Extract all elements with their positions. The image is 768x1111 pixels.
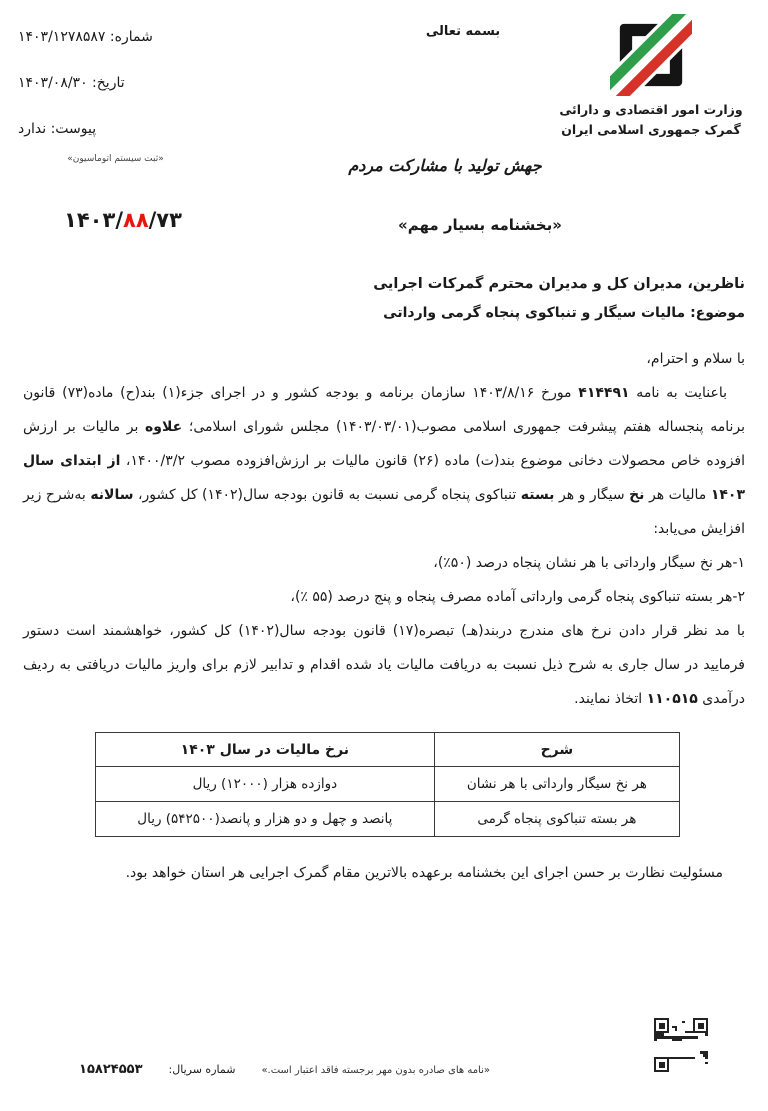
text-segment: ۱۴۰۳/ <box>64 208 123 232</box>
text-segment: باعنایت به نامه <box>630 385 727 401</box>
text-segment: بسته <box>521 487 555 503</box>
footer-validity-note: «نامه های صادره بدون مهر برجسته فاقد اعت… <box>261 1065 490 1076</box>
table-cell: هر نخ سیگار وارداتی با هر نشان <box>434 767 679 802</box>
serial-number-value: ۱۵۸۲۴۵۵۳ <box>79 1062 142 1077</box>
besmellah-text: بسمه تعالی <box>418 24 508 39</box>
customs-name: گمرک جمهوری اسلامی ایران <box>546 120 756 140</box>
qr-finder-top-left <box>654 1018 669 1033</box>
tax-rates-table: شرح نرخ مالیات در سال ۱۴۰۳ هر نخ سیگار و… <box>95 732 680 837</box>
text-segment: سیگار و هر <box>554 487 629 503</box>
closing-line: مسئولیت نظارت بر حسن اجرای این بخشنامه ب… <box>23 865 745 881</box>
table-cell: دوازده هزار (۱۲۰۰۰) ریال <box>96 767 435 802</box>
table-row: هر نخ سیگار وارداتی با هر نشاندوازده هزا… <box>96 767 680 802</box>
text-segment: علاوه <box>145 419 182 435</box>
qr-code <box>654 1018 708 1072</box>
letter-date-line: تاریخ: ۱۴۰۳/۰۸/۳۰ <box>18 68 213 114</box>
paragraph-2: با مد نظر قرار دادن نرخ های مندرج دربند(… <box>23 614 745 716</box>
text-segment: ۴۱۴۴۹۱ <box>578 385 629 401</box>
ministry-name: وزارت امور اقتصادی و دارائی <box>546 100 756 120</box>
table-header-row: شرح نرخ مالیات در سال ۱۴۰۳ <box>96 733 680 767</box>
salutation-line: با سلام و احترام، <box>23 342 745 376</box>
table-cell: پانصد و چهل و دو هزار و پانصد(۵۴۲۵۰۰) ری… <box>96 802 435 837</box>
text-segment: ۱۱۰۵۱۵ <box>647 691 698 707</box>
qr-cell <box>705 1069 708 1072</box>
letter-content: ناظرین، مدیران کل و مدیران محترم گمرکات … <box>23 270 745 881</box>
addressees-line: ناظرین، مدیران کل و مدیران محترم گمرکات … <box>23 270 745 299</box>
circular-title: «بخشنامه بسیار مهم» <box>370 216 590 234</box>
letter-meta-block: شماره: ۱۴۰۳/۱۲۷۸۵۸۷ تاریخ: ۱۴۰۳/۰۸/۳۰ پی… <box>18 22 213 164</box>
text-segment: نخ <box>629 487 644 503</box>
serial-number-label: شماره سریال: <box>169 1063 236 1076</box>
list-item-2: ۲-هر بسته تنباکوی پنجاه گرمی وارداتی آما… <box>23 580 745 614</box>
table-header-description: شرح <box>434 733 679 767</box>
letter-date-label: تاریخ: <box>92 75 125 91</box>
letter-number-line: شماره: ۱۴۰۳/۱۲۷۸۵۸۷ <box>18 22 213 68</box>
letter-number-label: شماره: <box>110 29 153 45</box>
subject-line: موضوع: مالیات سیگار و تنباکوی پنجاه گرمی… <box>23 299 745 328</box>
table-body: هر نخ سیگار وارداتی با هر نشاندوازده هزا… <box>96 767 680 837</box>
circular-letter-page: شماره: ۱۴۰۳/۱۲۷۸۵۸۷ تاریخ: ۱۴۰۳/۰۸/۳۰ پی… <box>0 0 768 1111</box>
circular-number: ۱۴۰۳/۸۸/۷۳ <box>48 208 198 232</box>
qr-finder-bottom-left <box>654 1057 669 1072</box>
letter-number-value: ۱۴۰۳/۱۲۷۸۵۸۷ <box>18 29 105 45</box>
list-item-1: ۱-هر نخ سیگار وارداتی با هر نشان پنجاه د… <box>23 546 745 580</box>
text-segment: تنباکوی پنجاه گرمی نسبت به قانون بودجه س… <box>134 487 521 503</box>
text-segment: سالانه <box>90 487 133 503</box>
table-row: هر بسته تنباکوی پنجاه گرمیپانصد و چهل و … <box>96 802 680 837</box>
text-segment: ۸۸ <box>123 208 149 232</box>
letter-date-value: ۱۴۰۳/۰۸/۳۰ <box>18 75 88 91</box>
footer-row: «نامه های صادره بدون مهر برجسته فاقد اعت… <box>90 1062 490 1077</box>
table-header-rate: نرخ مالیات در سال ۱۴۰۳ <box>96 733 435 767</box>
customs-logo-icon <box>610 14 692 96</box>
text-segment: اتخاذ نمایند. <box>574 691 646 707</box>
year-slogan: جهش تولید با مشارکت مردم <box>300 156 590 175</box>
text-segment: مالیات هر <box>644 487 710 503</box>
letter-body: با سلام و احترام، باعنایت به نامه ۴۱۴۴۹۱… <box>23 342 745 716</box>
customs-logo-block: وزارت امور اقتصادی و دارائی گمرک جمهوری … <box>546 14 756 140</box>
text-segment: /۷۳ <box>149 208 182 232</box>
qr-finder-top-right <box>693 1018 708 1033</box>
paragraph-1: باعنایت به نامه ۴۱۴۴۹۱ مورخ ۱۴۰۳/۸/۱۶ سا… <box>23 376 745 546</box>
automation-note: «ثبت سیستم اتوماسیون» <box>18 154 213 164</box>
table-cell: هر بسته تنباکوی پنجاه گرمی <box>434 802 679 837</box>
